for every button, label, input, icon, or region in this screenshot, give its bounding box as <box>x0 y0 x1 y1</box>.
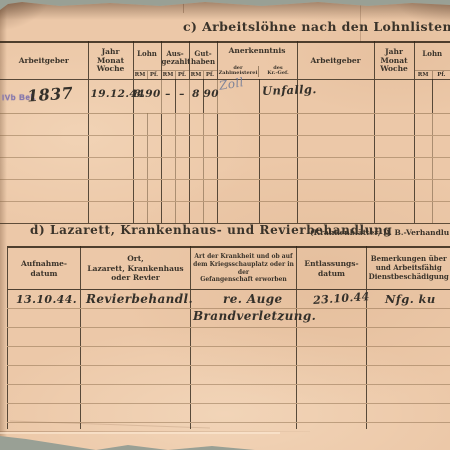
empty-cell <box>432 180 450 202</box>
empty-cell <box>297 328 367 347</box>
empty-cell <box>367 385 450 404</box>
hospital-empty-row <box>8 404 450 423</box>
empty-cell <box>8 404 81 423</box>
empty-cell <box>297 347 367 366</box>
scanned-document: c) Arbeitslöhne nach den Lohnlisten Arbe… <box>0 0 450 450</box>
handwritten-aufnahmedatum: 13.10.44. <box>16 293 77 306</box>
empty-cell: IVb Bel. 1837 19.12.44 8.90 – – <box>0 80 450 224</box>
cell-anerkenntnis-krgef: Unfallg. <box>259 80 297 114</box>
empty-cell <box>432 136 450 158</box>
empty-cell: Unfallg. <box>260 80 297 113</box>
wage-row-1: IVb Bel. 1837 19.12.44 8.90 – – <box>0 80 450 114</box>
cell-ausgezahlt-rm: – <box>161 80 175 114</box>
hosp-col-aufnahmedatum: Aufnahme- datum <box>8 247 81 290</box>
guthaben-label: Gut- haben <box>190 43 217 65</box>
empty-cell: 23.10.44 <box>297 290 366 308</box>
hospital-row-2: Brandverletzung. <box>8 309 450 328</box>
cell-ort: Revierbehandl. <box>81 290 191 309</box>
wage-header-row: Arbeitgeber Jahr Monat Woche Lohn RMPf. … <box>0 42 450 80</box>
empty-cell <box>8 366 81 385</box>
empty-cell: Lohn RMPf. <box>134 43 161 79</box>
empty-cell <box>88 136 133 158</box>
paper-top-shadow <box>0 0 450 20</box>
section-d-subtitle: (Krankenblätter, D. B.-Verhandlu <box>310 228 450 237</box>
cell-jahr-monat-woche: 19.12.44 <box>88 80 133 114</box>
empty-cell <box>217 114 259 136</box>
handwritten-arbeitgeber-number: 1837 <box>26 83 73 105</box>
empty-cell <box>147 180 161 202</box>
cell-bemerkungen: Nfg. ku <box>367 290 450 309</box>
empty-cell <box>133 180 147 202</box>
empty-cell <box>367 423 450 430</box>
pf-unit-label: Pf. <box>175 71 189 79</box>
empty-cell <box>189 202 203 224</box>
cell-entlassungsdatum: 23.10.44 <box>297 290 367 309</box>
empty-cell <box>432 80 450 114</box>
hospital-table: Aufnahme- datum Ort, Lazarett, Krankenha… <box>7 246 450 429</box>
empty-cell <box>203 180 217 202</box>
empty-cell <box>161 202 175 224</box>
wage-col-lohn-right: Lohn RMPf. <box>414 42 450 80</box>
cell-art-der-krankheit: re. Auge <box>191 290 297 309</box>
empty-cell <box>367 366 450 385</box>
empty-cell <box>88 114 133 136</box>
empty-cell <box>297 180 374 202</box>
wage-empty-row <box>0 202 450 224</box>
empty-cell <box>414 114 432 136</box>
wage-table: Arbeitgeber Jahr Monat Woche Lohn RMPf. … <box>0 41 450 224</box>
empty-cell <box>414 202 432 224</box>
rm-unit-label: RM <box>134 71 147 79</box>
crease-mark <box>0 432 280 434</box>
torn-corner-top-left <box>0 0 52 32</box>
empty-cell <box>189 158 203 180</box>
empty-cell <box>432 158 450 180</box>
empty-cell <box>8 347 81 366</box>
wage-col-jahr-monat-woche-left: Jahr Monat Woche <box>88 42 133 80</box>
empty-cell <box>175 158 189 180</box>
empty-cell <box>203 136 217 158</box>
cell-guthaben-rm: 8 <box>189 80 203 114</box>
cell-lohn: 8.90 <box>133 80 161 114</box>
empty-cell <box>374 180 414 202</box>
empty-cell <box>88 202 133 224</box>
empty-cell <box>133 114 147 136</box>
handwritten-dash: – <box>176 88 189 100</box>
empty-cell <box>81 423 191 430</box>
empty-cell: RMPf. <box>190 70 217 79</box>
empty-cell <box>297 423 367 430</box>
section-c-title: c) Arbeitslöhne nach den Lohnlisten <box>183 19 450 34</box>
empty-cell <box>374 158 414 180</box>
empty-cell <box>432 202 450 224</box>
empty-cell: Aufnahme- datum Ort, Lazarett, Krankenha… <box>8 247 450 290</box>
empty-cell <box>203 158 217 180</box>
empty-cell <box>297 136 374 158</box>
empty-cell: re. Auge <box>191 290 296 308</box>
empty-cell <box>161 114 175 136</box>
empty-cell <box>259 114 297 136</box>
hosp-col-art-der-krankheit: Art der Krankheit und ob auf dem Kriegss… <box>191 247 297 290</box>
empty-cell <box>0 136 88 158</box>
empty-cell: Zoll <box>218 80 259 113</box>
empty-cell <box>414 136 432 158</box>
empty-cell <box>0 180 88 202</box>
handwritten-anerkenntnis: Unfallg. <box>261 82 316 98</box>
empty-cell <box>297 114 374 136</box>
empty-cell <box>81 347 191 366</box>
handwritten-guthaben-pf: 90 <box>204 88 217 100</box>
empty-cell <box>189 136 203 158</box>
empty-cell <box>259 180 297 202</box>
empty-cell <box>191 347 297 366</box>
wage-col-lohn-left: Lohn RMPf. <box>133 42 161 80</box>
empty-cell <box>161 136 175 158</box>
wage-col-arbeitgeber-right: Arbeitgeber <box>297 42 374 80</box>
empty-cell <box>297 202 374 224</box>
anerkenntnis-label: Anerkenntnis <box>218 43 297 55</box>
empty-cell <box>161 158 175 180</box>
empty-cell <box>297 404 367 423</box>
empty-cell <box>259 202 297 224</box>
empty-cell <box>191 423 297 430</box>
empty-cell <box>217 202 259 224</box>
handwritten-bemerkung: Nfg. ku <box>385 292 436 306</box>
lohn-label: Lohn <box>415 43 450 58</box>
wage-col-arbeitgeber-left: Arbeitgeber <box>0 42 88 80</box>
cell-aufnahmedatum: 13.10.44. <box>8 290 81 309</box>
empty-cell <box>8 309 81 328</box>
lohn-label: Lohn <box>134 43 161 58</box>
handwritten-dash: – <box>162 88 175 100</box>
empty-cell <box>191 328 297 347</box>
crease-mark <box>183 0 184 13</box>
empty-cell <box>189 180 203 202</box>
wage-empty-row <box>0 114 450 136</box>
handwritten-art-line2: Brandverletzung. <box>193 309 316 323</box>
empty-cell <box>133 158 147 180</box>
rm-unit-label: RM <box>162 71 175 79</box>
empty-cell <box>414 80 432 114</box>
empty-cell <box>189 114 203 136</box>
empty-cell: RMPf. <box>162 70 189 79</box>
empty-cell <box>367 404 450 423</box>
empty-cell <box>203 202 217 224</box>
empty-cell <box>0 202 88 224</box>
empty-cell <box>414 180 432 202</box>
empty-cell: Lohn RMPf. <box>415 43 450 79</box>
empty-cell <box>297 366 367 385</box>
empty-cell <box>147 114 161 136</box>
document-paper: c) Arbeitslöhne nach den Lohnlisten Arbe… <box>0 0 450 450</box>
empty-cell: – <box>176 80 189 113</box>
empty-cell: Gut- haben RMPf. <box>190 43 217 79</box>
empty-cell <box>147 158 161 180</box>
empty-cell <box>367 347 450 366</box>
empty-cell <box>81 366 191 385</box>
empty-cell <box>133 202 147 224</box>
empty-cell <box>147 202 161 224</box>
empty-cell <box>203 114 217 136</box>
empty-cell: Aus- gezahlt RMPf. <box>162 43 189 79</box>
empty-cell <box>217 180 259 202</box>
hospital-empty-row <box>8 347 450 366</box>
empty-cell <box>297 158 374 180</box>
empty-cell <box>81 309 191 328</box>
empty-cell: Nfg. ku <box>367 290 450 308</box>
empty-cell <box>432 114 450 136</box>
wage-empty-row <box>0 180 450 202</box>
empty-cell: 8 <box>190 80 203 113</box>
hospital-empty-row <box>8 328 450 347</box>
empty-cell <box>8 385 81 404</box>
empty-cell <box>161 180 175 202</box>
pencil-signature: Zoll <box>218 75 245 93</box>
empty-cell: IVb Bel. 1837 <box>0 80 88 113</box>
empty-cell: Anerkenntnis der Zahlmeisterei des Kr.-G… <box>218 43 297 79</box>
empty-cell: – <box>162 80 175 113</box>
rm-unit-label: RM <box>415 71 432 79</box>
hosp-col-ort: Ort, Lazarett, Krankenhaus oder Revier <box>81 247 191 290</box>
empty-cell <box>259 158 297 180</box>
hospital-empty-row <box>8 385 450 404</box>
cell-arbeitgeber: IVb Bel. 1837 <box>0 80 88 114</box>
empty-cell <box>367 328 450 347</box>
handwritten-lohn: 8.90 <box>134 88 161 100</box>
wage-col-ausgezahlt: Aus- gezahlt RMPf. <box>161 42 189 80</box>
empty-cell <box>367 309 450 328</box>
empty-cell <box>0 114 88 136</box>
empty-cell <box>81 385 191 404</box>
cell-art-der-krankheit-line2: Brandverletzung. <box>191 309 297 328</box>
empty-cell <box>0 158 88 180</box>
empty-cell <box>88 158 133 180</box>
pf-unit-label: Pf. <box>432 71 450 79</box>
empty-cell <box>374 80 414 114</box>
empty-cell <box>8 328 81 347</box>
handwritten-ort: Revierbehandl. <box>86 292 193 306</box>
empty-cell: 13.10.44. <box>8 290 80 308</box>
empty-cell: Revierbehandl. <box>81 290 190 308</box>
wage-empty-row <box>0 158 450 180</box>
handwritten-entlassungsdatum: 23.10.44 <box>313 290 371 307</box>
wage-empty-row <box>0 136 450 158</box>
empty-cell <box>8 423 81 430</box>
empty-cell <box>297 385 367 404</box>
empty-cell <box>259 136 297 158</box>
empty-cell <box>175 202 189 224</box>
hosp-col-entlassungsdatum: Entlassungs- datum <box>297 247 367 290</box>
empty-cell <box>191 366 297 385</box>
wage-col-guthaben: Gut- haben RMPf. <box>189 42 217 80</box>
empty-cell: RMPf. <box>134 70 161 79</box>
rm-unit-label: RM <box>190 71 203 79</box>
hospital-header-row: Aufnahme- datum Ort, Lazarett, Krankenha… <box>8 247 450 290</box>
anerkenntnis-krgef-label: des Kr.-Gef. <box>258 66 296 78</box>
empty-cell: 19.12.44 <box>89 80 133 113</box>
empty-cell <box>81 328 191 347</box>
hospital-empty-row <box>8 366 450 385</box>
cell-ausgezahlt-pf: – <box>175 80 189 114</box>
empty-cell <box>88 180 133 202</box>
empty-cell <box>217 136 259 158</box>
empty-cell <box>374 136 414 158</box>
ausgezahlt-label: Aus- gezahlt <box>162 43 189 65</box>
handwritten-art-line1: re. Auge <box>223 292 283 306</box>
empty-cell <box>414 158 432 180</box>
empty-cell <box>147 136 161 158</box>
empty-cell <box>175 136 189 158</box>
cell-anerkenntnis-zahlmeisterei: Zoll <box>217 80 259 114</box>
empty-cell: RMPf. <box>415 70 450 79</box>
hospital-row-1: 13.10.44. Revierbehandl. re. Auge 23.10.… <box>8 290 450 309</box>
cell-guthaben-pf: 90 <box>203 80 217 114</box>
empty-cell: Arbeitgeber Jahr Monat Woche Lohn RMPf. … <box>0 42 450 80</box>
pf-unit-label: Pf. <box>203 71 217 79</box>
empty-cell: 13.10.44. Revierbehandl. re. Auge 23.10.… <box>8 290 450 430</box>
empty-cell <box>374 114 414 136</box>
empty-cell: 8.90 <box>134 80 161 113</box>
empty-cell <box>217 158 259 180</box>
hospital-row-stub <box>8 423 450 430</box>
empty-cell: 90 <box>204 80 217 113</box>
handwritten-guthaben-rm: 8 <box>190 88 203 100</box>
wage-col-anerkenntnis: Anerkenntnis der Zahlmeisterei des Kr.-G… <box>217 42 297 80</box>
empty-cell <box>175 180 189 202</box>
empty-cell: Brandverletzung. <box>191 309 296 327</box>
empty-cell <box>81 404 191 423</box>
empty-cell <box>175 114 189 136</box>
empty-cell <box>374 202 414 224</box>
wage-col-jahr-monat-woche-right: Jahr Monat Woche <box>374 42 414 80</box>
empty-cell <box>191 404 297 423</box>
empty-cell <box>133 136 147 158</box>
empty-cell <box>191 385 297 404</box>
pf-unit-label: Pf. <box>147 71 161 79</box>
hosp-col-bemerkungen: Bemerkungen über und Arbeitsfähig Dienst… <box>367 247 450 290</box>
